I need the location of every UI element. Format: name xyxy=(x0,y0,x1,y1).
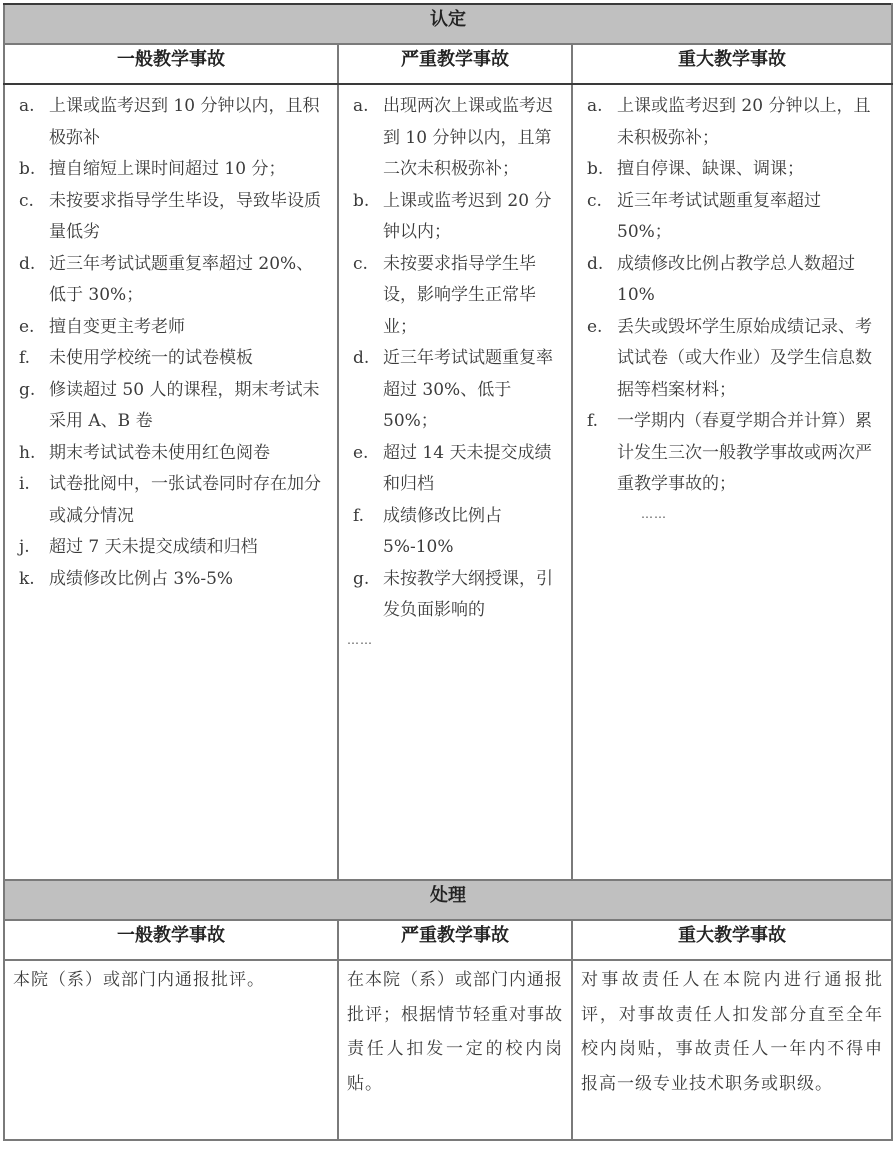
item-text: 成绩修改比例占 5%-10% xyxy=(383,501,565,564)
item-label: a. xyxy=(11,91,49,154)
handling-title: 处理 xyxy=(4,880,892,920)
list-item: a.上课或监考迟到 20 分钟以上，且未积极弥补； xyxy=(579,91,885,154)
item-label: e. xyxy=(11,312,49,344)
list-item: h.期末考试试卷未使用红色阅卷 xyxy=(11,438,331,470)
recognition-content-row: a.上课或监考迟到 10 分钟以内，且积极弥补 b.擅自缩短上课时间超过 10 … xyxy=(4,84,892,880)
item-text: 出现两次上课或监考迟到 10 分钟以内，且第二次未积极弥补； xyxy=(383,91,565,186)
serious-criteria-list: a.出现两次上课或监考迟到 10 分钟以内，且第二次未积极弥补； b.上课或监考… xyxy=(345,91,565,627)
item-label: f. xyxy=(11,343,49,375)
recognition-title: 认定 xyxy=(4,4,892,44)
handling-content-row: 本院（系）或部门内通报批评。 在本院（系）或部门内通报批评；根据情节轻重对事故责… xyxy=(4,960,892,1140)
list-item: c.近三年考试试题重复率超过 50%； xyxy=(579,186,885,249)
recognition-column-headers: 一般教学事故 严重教学事故 重大教学事故 xyxy=(4,44,892,84)
item-text: 上课或监考迟到 20 分钟以上，且未积极弥补； xyxy=(617,91,885,154)
list-item: f.成绩修改比例占 5%-10% xyxy=(345,501,565,564)
item-text: 上课或监考迟到 10 分钟以内，且积极弥补 xyxy=(49,91,331,154)
general-incident-handling: 本院（系）或部门内通报批评。 xyxy=(4,960,338,1140)
item-label: j. xyxy=(11,532,49,564)
item-text: 擅自变更主考老师 xyxy=(49,312,331,344)
serious-incident-criteria: a.出现两次上课或监考迟到 10 分钟以内，且第二次未积极弥补； b.上课或监考… xyxy=(338,84,572,880)
column-header-serious: 严重教学事故 xyxy=(338,920,572,960)
item-label: b. xyxy=(11,154,49,186)
major-incident-criteria: a.上课或监考迟到 20 分钟以上，且未积极弥补； b.擅自停课、缺课、调课； … xyxy=(572,84,892,880)
item-label: d. xyxy=(579,249,617,312)
general-incident-criteria: a.上课或监考迟到 10 分钟以内，且积极弥补 b.擅自缩短上课时间超过 10 … xyxy=(4,84,338,880)
list-item: b.上课或监考迟到 20 分钟以内； xyxy=(345,186,565,249)
item-text: 近三年考试试题重复率超过 20%、低于 30%； xyxy=(49,249,331,312)
list-item: g.修读超过 50 人的课程，期末考试未采用 A、B 卷 xyxy=(11,375,331,438)
item-label: b. xyxy=(345,186,383,249)
item-label: c. xyxy=(345,249,383,344)
item-text: 成绩修改比例占 3%-5% xyxy=(49,564,331,596)
item-label: a. xyxy=(345,91,383,186)
list-item: e.丢失或毁坏学生原始成绩记录、考试试卷（或大作业）及学生信息数据等档案材料； xyxy=(579,312,885,407)
list-item: c.未按要求指导学生毕设，导致毕设质量低劣 xyxy=(11,186,331,249)
item-label: e. xyxy=(579,312,617,407)
teaching-incident-table: 认定 一般教学事故 严重教学事故 重大教学事故 a.上课或监考迟到 10 分钟以… xyxy=(3,3,893,1141)
list-item: e.超过 14 天未提交成绩和归档 xyxy=(345,438,565,501)
handling-text: 对事故责任人在本院内进行通报批评，对事故责任人扣发部分直至全年校内岗贴，事故责任… xyxy=(573,961,891,1101)
serious-ellipsis: …… xyxy=(345,627,565,653)
list-item: c.未按要求指导学生毕设，影响学生正常毕业； xyxy=(345,249,565,344)
item-label: c. xyxy=(11,186,49,249)
item-text: 擅自停课、缺课、调课； xyxy=(617,154,885,186)
item-text: 上课或监考迟到 20 分钟以内； xyxy=(383,186,565,249)
item-text: 试卷批阅中，一张试卷同时存在加分或减分情况 xyxy=(49,469,331,532)
item-label: i. xyxy=(11,469,49,532)
item-text: 超过 7 天未提交成绩和归档 xyxy=(49,532,331,564)
handling-column-headers: 一般教学事故 严重教学事故 重大教学事故 xyxy=(4,920,892,960)
handling-text: 在本院（系）或部门内通报批评；根据情节轻重对事故责任人扣发一定的校内岗贴。 xyxy=(339,961,571,1101)
serious-incident-handling: 在本院（系）或部门内通报批评；根据情节轻重对事故责任人扣发一定的校内岗贴。 xyxy=(338,960,572,1140)
item-text: 一学期内（春夏学期合并计算）累计发生三次一般教学事故或两次严重教学事故的； xyxy=(617,406,885,501)
item-text: 未按要求指导学生毕设，影响学生正常毕业； xyxy=(383,249,565,344)
item-text: 擅自缩短上课时间超过 10 分； xyxy=(49,154,331,186)
major-criteria-list: a.上课或监考迟到 20 分钟以上，且未积极弥补； b.擅自停课、缺课、调课； … xyxy=(579,91,885,501)
item-text: 近三年考试试题重复率超过 50%； xyxy=(617,186,885,249)
item-label: c. xyxy=(579,186,617,249)
item-text: 未按教学大纲授课，引发负面影响的 xyxy=(383,564,565,627)
list-item: e.擅自变更主考老师 xyxy=(11,312,331,344)
list-item: b.擅自缩短上课时间超过 10 分； xyxy=(11,154,331,186)
handling-text: 本院（系）或部门内通报批评。 xyxy=(5,961,337,998)
handling-section-header: 处理 xyxy=(4,880,892,920)
list-item: i.试卷批阅中，一张试卷同时存在加分或减分情况 xyxy=(11,469,331,532)
item-text: 近三年考试试题重复率超过 30%、低于 50%； xyxy=(383,343,565,438)
major-ellipsis: …… xyxy=(579,501,885,527)
item-text: 超过 14 天未提交成绩和归档 xyxy=(383,438,565,501)
item-label: a. xyxy=(579,91,617,154)
item-label: e. xyxy=(345,438,383,501)
recognition-section-header: 认定 xyxy=(4,4,892,44)
list-item: g.未按教学大纲授课，引发负面影响的 xyxy=(345,564,565,627)
item-label: h. xyxy=(11,438,49,470)
item-text: 成绩修改比例占教学总人数超过 10% xyxy=(617,249,885,312)
item-text: 未使用学校统一的试卷模板 xyxy=(49,343,331,375)
list-item: d.近三年考试试题重复率超过 20%、低于 30%； xyxy=(11,249,331,312)
list-item: a.出现两次上课或监考迟到 10 分钟以内，且第二次未积极弥补； xyxy=(345,91,565,186)
item-label: g. xyxy=(11,375,49,438)
list-item: j.超过 7 天未提交成绩和归档 xyxy=(11,532,331,564)
item-label: g. xyxy=(345,564,383,627)
column-header-general: 一般教学事故 xyxy=(4,44,338,84)
list-item: f.未使用学校统一的试卷模板 xyxy=(11,343,331,375)
item-label: b. xyxy=(579,154,617,186)
item-label: d. xyxy=(11,249,49,312)
column-header-major: 重大教学事故 xyxy=(572,44,892,84)
item-label: f. xyxy=(579,406,617,501)
item-text: 期末考试试卷未使用红色阅卷 xyxy=(49,438,331,470)
item-text: 修读超过 50 人的课程，期末考试未采用 A、B 卷 xyxy=(49,375,331,438)
list-item: d.近三年考试试题重复率超过 30%、低于 50%； xyxy=(345,343,565,438)
general-criteria-list: a.上课或监考迟到 10 分钟以内，且积极弥补 b.擅自缩短上课时间超过 10 … xyxy=(11,91,331,595)
column-header-major: 重大教学事故 xyxy=(572,920,892,960)
list-item: f.一学期内（春夏学期合并计算）累计发生三次一般教学事故或两次严重教学事故的； xyxy=(579,406,885,501)
list-item: b.擅自停课、缺课、调课； xyxy=(579,154,885,186)
column-header-general: 一般教学事故 xyxy=(4,920,338,960)
item-label: k. xyxy=(11,564,49,596)
item-label: d. xyxy=(345,343,383,438)
item-label: f. xyxy=(345,501,383,564)
item-text: 丢失或毁坏学生原始成绩记录、考试试卷（或大作业）及学生信息数据等档案材料； xyxy=(617,312,885,407)
column-header-serious: 严重教学事故 xyxy=(338,44,572,84)
list-item: d.成绩修改比例占教学总人数超过 10% xyxy=(579,249,885,312)
major-incident-handling: 对事故责任人在本院内进行通报批评，对事故责任人扣发部分直至全年校内岗贴，事故责任… xyxy=(572,960,892,1140)
list-item: a.上课或监考迟到 10 分钟以内，且积极弥补 xyxy=(11,91,331,154)
item-text: 未按要求指导学生毕设，导致毕设质量低劣 xyxy=(49,186,331,249)
list-item: k.成绩修改比例占 3%-5% xyxy=(11,564,331,596)
